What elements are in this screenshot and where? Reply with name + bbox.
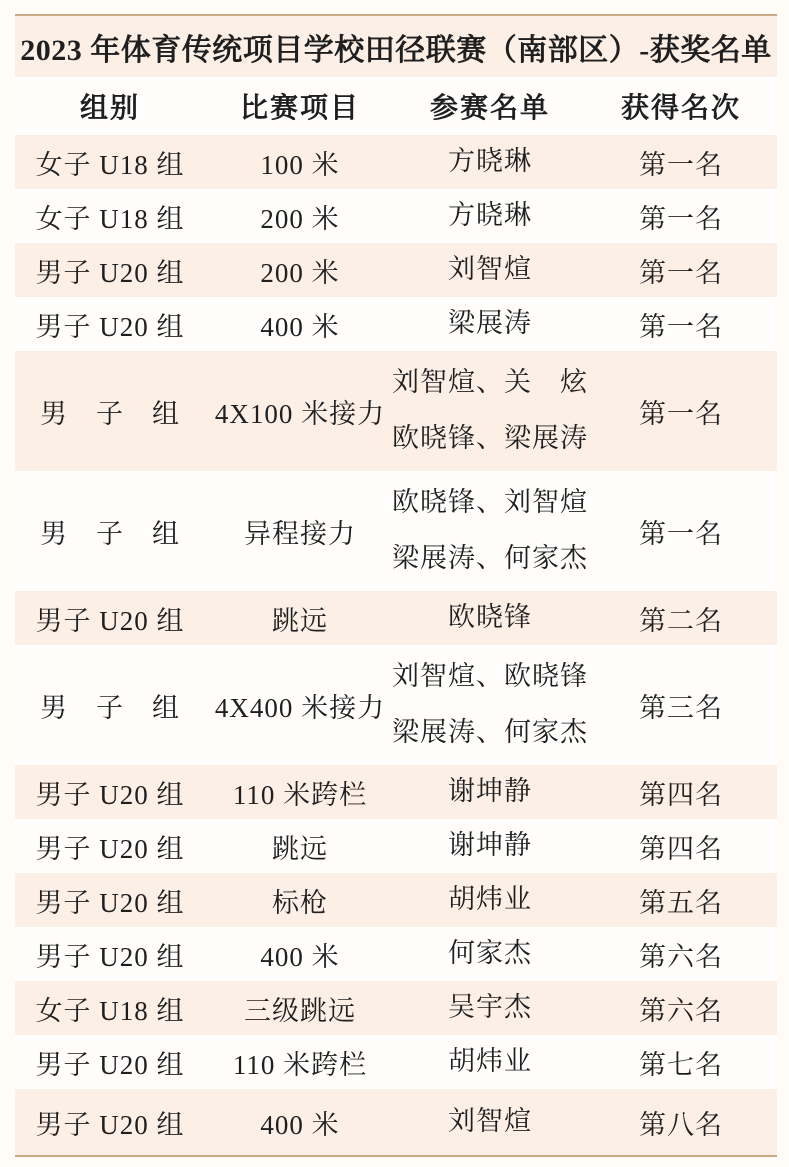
event-cell: 4X400 米接力 [205,686,395,725]
participant-name: 刘智煊、欧晓锋 [392,662,588,692]
table-row: 男子 U20 组标枪胡炜业第五名 [15,873,777,927]
group-cell: 男子 U20 组 [15,827,205,866]
participant-name: 谢坤静 [448,777,532,807]
participant-name: 梁展涛、何家杰 [392,718,588,748]
participant-name: 何家杰 [448,939,532,969]
group-cell: 男 子 组 [15,512,205,551]
participant-name: 梁展涛 [448,309,532,339]
table-row: 男 子 组4X400 米接力刘智煊、欧晓锋梁展涛、何家杰第三名 [15,645,777,765]
group-cell: 男 子 组 [15,686,205,725]
event-cell: 400 米 [205,305,395,344]
participants-cell: 梁展涛 [395,309,585,339]
table-row: 男子 U20 组400 米梁展涛第一名 [15,297,777,351]
table-row: 男子 U20 组110 米跨栏谢坤静第四名 [15,765,777,819]
participant-name: 胡炜业 [448,1047,532,1077]
table-row: 女子 U18 组三级跳远吴宇杰第六名 [15,981,777,1035]
column-header-group: 组别 [15,86,205,126]
column-header-event: 比赛项目 [205,86,395,126]
event-cell: 200 米 [205,251,395,290]
table-row: 男 子 组4X100 米接力刘智煊、关 炫欧晓锋、梁展涛第一名 [15,351,777,471]
group-cell: 男子 U20 组 [15,251,205,290]
rank-cell: 第六名 [585,989,777,1028]
rank-cell: 第七名 [585,1043,777,1082]
rank-cell: 第一名 [585,197,777,236]
table-row: 女子 U18 组200 米方晓琳第一名 [15,189,777,243]
participants-cell: 方晓琳 [395,147,585,177]
group-cell: 女子 U18 组 [15,143,205,182]
table-body: 女子 U18 组100 米方晓琳第一名女子 U18 组200 米方晓琳第一名男子… [15,135,777,1155]
participants-cell: 胡炜业 [395,885,585,915]
group-cell: 男子 U20 组 [15,1043,205,1082]
event-cell: 100 米 [205,143,395,182]
column-header-rank: 获得名次 [585,86,777,126]
rank-cell: 第一名 [585,305,777,344]
rank-cell: 第一名 [585,512,777,551]
event-cell: 400 米 [205,1103,395,1142]
event-cell: 三级跳远 [205,989,395,1028]
participant-name: 方晓琳 [448,147,532,177]
participant-name: 方晓琳 [448,201,532,231]
event-cell: 110 米跨栏 [205,773,395,812]
table-row: 女子 U18 组100 米方晓琳第一名 [15,135,777,189]
event-cell: 110 米跨栏 [205,1043,395,1082]
group-cell: 男子 U20 组 [15,773,205,812]
group-cell: 男 子 组 [15,392,205,431]
rank-cell: 第六名 [585,935,777,974]
rank-cell: 第一名 [585,143,777,182]
participants-cell: 何家杰 [395,939,585,969]
award-table: 2023 年体育传统项目学校田径联赛（南部区）-获奖名单 组别 比赛项目 参赛名… [15,14,777,1157]
participant-name: 梁展涛、何家杰 [392,544,588,574]
event-cell: 标枪 [205,881,395,920]
event-cell: 4X100 米接力 [205,392,395,431]
event-cell: 200 米 [205,197,395,236]
rank-cell: 第四名 [585,773,777,812]
participants-cell: 谢坤静 [395,831,585,861]
participant-name: 谢坤静 [448,831,532,861]
table-title: 2023 年体育传统项目学校田径联赛（南部区）-获奖名单 [15,16,777,77]
group-cell: 男子 U20 组 [15,1103,205,1142]
table-row: 男子 U20 组110 米跨栏胡炜业第七名 [15,1035,777,1089]
group-cell: 男子 U20 组 [15,599,205,638]
participants-cell: 谢坤静 [395,777,585,807]
rank-cell: 第五名 [585,881,777,920]
rank-cell: 第三名 [585,686,777,725]
rank-cell: 第一名 [585,251,777,290]
table-header: 组别 比赛项目 参赛名单 获得名次 [15,77,777,135]
participant-name: 欧晓锋、梁展涛 [392,424,588,454]
table-row: 男子 U20 组跳远欧晓锋第二名 [15,591,777,645]
participants-cell: 吴宇杰 [395,993,585,1023]
participants-cell: 方晓琳 [395,201,585,231]
rank-cell: 第一名 [585,392,777,431]
table-row: 男子 U20 组跳远谢坤静第四名 [15,819,777,873]
group-cell: 男子 U20 组 [15,305,205,344]
table-row: 男子 U20 组400 米刘智煊第八名 [15,1089,777,1155]
participants-cell: 刘智煊、欧晓锋梁展涛、何家杰 [395,662,585,747]
participants-cell: 欧晓锋、刘智煊梁展涛、何家杰 [395,488,585,573]
column-header-participants: 参赛名单 [395,86,585,126]
rank-cell: 第四名 [585,827,777,866]
participant-name: 欧晓锋、刘智煊 [392,488,588,518]
participants-cell: 刘智煊 [395,255,585,285]
participants-cell: 刘智煊、关 炫欧晓锋、梁展涛 [395,368,585,453]
group-cell: 男子 U20 组 [15,881,205,920]
rank-cell: 第八名 [585,1103,777,1142]
event-cell: 跳远 [205,827,395,866]
table-row: 男子 U20 组200 米刘智煊第一名 [15,243,777,297]
participant-name: 刘智煊 [448,1107,532,1137]
participant-name: 吴宇杰 [448,993,532,1023]
document-page: 2023 年体育传统项目学校田径联赛（南部区）-获奖名单 组别 比赛项目 参赛名… [0,0,789,1157]
group-cell: 女子 U18 组 [15,989,205,1028]
table-row: 男 子 组异程接力欧晓锋、刘智煊梁展涛、何家杰第一名 [15,471,777,591]
group-cell: 女子 U18 组 [15,197,205,236]
participant-name: 刘智煊 [448,255,532,285]
event-cell: 异程接力 [205,512,395,551]
participant-name: 欧晓锋 [448,603,532,633]
participants-cell: 胡炜业 [395,1047,585,1077]
event-cell: 跳远 [205,599,395,638]
event-cell: 400 米 [205,935,395,974]
participants-cell: 刘智煊 [395,1107,585,1137]
table-row: 男子 U20 组400 米何家杰第六名 [15,927,777,981]
group-cell: 男子 U20 组 [15,935,205,974]
participant-name: 胡炜业 [448,885,532,915]
participants-cell: 欧晓锋 [395,603,585,633]
participant-name: 刘智煊、关 炫 [392,368,588,398]
rank-cell: 第二名 [585,599,777,638]
